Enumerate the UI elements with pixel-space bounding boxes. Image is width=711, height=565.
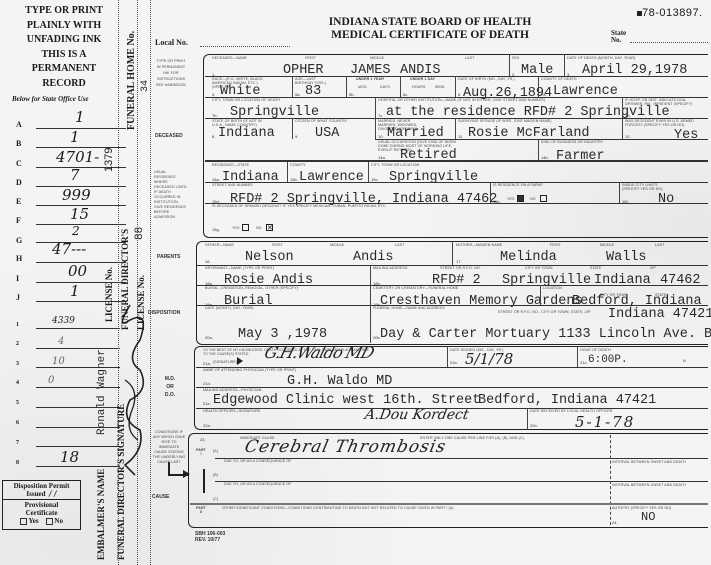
part-1-label: PART I	[195, 449, 207, 457]
informant-label: INFORMANT—NAME (Type or print)	[205, 267, 274, 271]
instruction-line: THIS IS A	[8, 48, 120, 63]
deceased-name-label: DECEASED—NAME	[212, 57, 247, 61]
interval-label-1: Interval between onset and death	[612, 461, 686, 465]
conditions-label: CONDITIONS IF ANY WHICH GAVE RISE TO IMM…	[152, 430, 186, 465]
field-value-h[interactable]: 47---	[52, 240, 86, 258]
street-label: STREET AND NUMBER	[212, 184, 253, 188]
disposition-permit-box: Disposition Permit Issued / / Provisiona…	[2, 480, 81, 530]
field-letter: I	[16, 274, 19, 283]
field-number: 7	[16, 440, 19, 446]
field-letter: B	[16, 139, 21, 148]
cause-b-label: (b)	[213, 474, 218, 478]
attending-physician-label: NAME OF ATTENDING PHYSICIAN (Type or Pri…	[203, 369, 296, 373]
spanish-no-label: NO	[256, 227, 262, 231]
cause-section-label: CAUSE	[152, 494, 170, 500]
armed-forces-value[interactable]: Yes	[674, 128, 698, 143]
zip-label: ZIP	[650, 267, 656, 271]
interval-label-2: Interval between onset and death	[612, 484, 686, 488]
sex-label: SEX	[512, 57, 520, 61]
field-num: 21c.	[580, 360, 588, 365]
field-value-g[interactable]: 2	[72, 224, 80, 238]
instruction-line: RECORD	[8, 77, 120, 92]
fd-license-number[interactable]: 88	[134, 227, 146, 240]
provisional-no-checkbox[interactable]	[46, 518, 53, 525]
field-number: 3	[16, 361, 19, 367]
mother-first-name[interactable]: Melinda	[500, 250, 557, 265]
father-last-name[interactable]: Andis	[353, 250, 394, 265]
disposition-date-value[interactable]: May 3 ,1978	[238, 327, 327, 342]
state-no-label: State No.	[611, 30, 631, 44]
last-label: LAST	[465, 57, 474, 61]
form-code: SBH 106-003 REV. 10/77	[195, 531, 225, 543]
state-of-birth-value[interactable]: Indiana	[218, 126, 275, 141]
mother-middle-label: MIDDLE	[600, 244, 614, 248]
field-value-e[interactable]: 999	[62, 186, 91, 204]
burial-label: BURIAL, CREMATION, REMOVAL, OTHER (Speci…	[205, 287, 298, 291]
field-num: 21e.	[203, 401, 211, 406]
mother-last-name[interactable]: Walls	[606, 250, 647, 265]
residence-county-label: COUNTY	[290, 164, 306, 168]
field-value-c[interactable]: 4701-	[56, 148, 99, 166]
arrow-right-icon	[237, 357, 243, 365]
funeral-home-value-line2[interactable]: Indiana 47421	[608, 307, 711, 322]
date-signed-value[interactable]: 5/1/78	[465, 350, 513, 368]
on-farm-label: IS RESIDENCE ON A FARM?	[493, 184, 543, 188]
due-to-label-2: DUE TO, OR AS A CONSEQUENCE OF	[224, 483, 292, 487]
embalmer-label: EMBALMER'S NAME	[96, 469, 106, 560]
hour-of-death-label: HOUR OF DEATH	[580, 349, 611, 353]
field-num: 22b.	[530, 423, 538, 428]
dob-label: DATE OF BIRTH (Mo., Day, Yr.)	[458, 78, 515, 82]
field-num: 17.	[456, 259, 462, 264]
state-label: STATE	[590, 267, 602, 271]
informant-address-label: MAILING ADDRESS	[373, 267, 407, 271]
meridiem-label: M	[683, 360, 686, 364]
autopsy-value[interactable]: NO	[641, 510, 655, 524]
field-value-a[interactable]: 1	[75, 108, 85, 126]
hosp-status-label: IF HOSP. OR INST. Indicate DOA, OP/Emer.…	[625, 99, 700, 107]
days-label: DAYS	[380, 86, 390, 90]
form-title: INDIANA STATE BOARD OF HEALTH MEDICAL CE…	[310, 16, 550, 42]
funeral-home-label: FUNERAL HOME No.	[126, 31, 137, 130]
field-letter: J	[16, 293, 20, 302]
city-limits-label: INSIDE CITY LIMITS (Specify Yes or No)	[622, 184, 672, 192]
field-num: 8.	[212, 134, 215, 139]
usual-residence-label: USUAL RESIDENCE WHERE DECEASED LIVED. IF…	[154, 170, 188, 220]
instruction-line: TYPE OR PRINT	[8, 4, 120, 19]
field-num: 16.	[205, 259, 211, 264]
spanish-label: IS DECEASED OF SPANISH DESCENT? IF YES S…	[212, 205, 452, 209]
field-number: 8	[16, 460, 19, 466]
field-value-b[interactable]: 1	[70, 128, 80, 146]
business-label: KIND OF BUSINESS OR INDUSTRY	[541, 141, 603, 145]
license-number[interactable]: 1379	[103, 148, 115, 172]
instructions-block: TYPE OR PRINT PLAINLY WITH UNFADING INK …	[8, 4, 120, 91]
under-1-day-label: UNDER 1 DAY	[410, 78, 435, 82]
health-officer-signature[interactable]: A.Dou Kordect	[364, 407, 470, 423]
provisional-yes-checkbox[interactable]	[20, 518, 27, 525]
under-1-year-label: UNDER 1 YEAR	[356, 78, 384, 82]
disposition-section-label: DISPOSITION	[148, 310, 180, 316]
field-number: 2	[16, 341, 19, 347]
deceased-section-label: DECEASED	[155, 133, 183, 139]
parents-section-label: PARENTS	[157, 254, 181, 260]
field-letter: E	[16, 197, 21, 206]
spanish-yes-checkbox[interactable]	[242, 224, 249, 231]
field-num: 9.	[295, 134, 298, 139]
field-letter: G	[16, 236, 22, 245]
field-num: 20a.	[205, 335, 213, 340]
citizen-value[interactable]: USA	[315, 126, 339, 141]
mother-label: MOTHER—MAIDEN NAME	[456, 244, 502, 248]
field-value-8[interactable]: 18	[60, 448, 79, 466]
field-value-d[interactable]: 7	[70, 166, 80, 184]
farm-no-checkbox[interactable]	[540, 195, 547, 202]
mos-label: MOS.	[358, 86, 368, 90]
father-middle-label: MIDDLE	[330, 244, 344, 248]
certificate-number: 78-013897.	[642, 7, 703, 19]
physician-address-city[interactable]: Bedford, Indiana 47421	[478, 393, 656, 408]
father-first-name[interactable]: Nelson	[245, 250, 294, 265]
instruction-line: UNFADING INK	[8, 33, 120, 48]
street-rfd-label: STREET OR R.F.D. NO.	[440, 267, 481, 271]
spouse-label: SURVIVING SPOUSE (If wife, give maiden n…	[458, 120, 552, 124]
field-value-4[interactable]: 0	[48, 375, 54, 386]
field-letter: F	[16, 216, 21, 225]
residence-state-label: RESIDENCE—STATE	[212, 164, 249, 168]
field-value-1[interactable]: 4339	[52, 316, 75, 326]
funeral-director-signature[interactable]	[110, 300, 155, 480]
field-num: 22a.	[203, 423, 211, 428]
title-line-1: INDIANA STATE BOARD OF HEALTH	[310, 16, 550, 29]
father-first-label: FIRST	[272, 244, 283, 248]
field-num: 23.	[200, 437, 206, 442]
field-letter: H	[16, 254, 22, 263]
field-value-3[interactable]: 10	[52, 356, 65, 367]
health-officer-label: HEALTH OFFICER—Signature	[203, 410, 260, 414]
cause-a-label: (a)	[213, 450, 218, 454]
funeral-home-number[interactable]: 34	[140, 80, 151, 92]
embalmer-name[interactable]: Ronald Wagner	[96, 349, 108, 435]
field-number: 4	[16, 380, 19, 386]
mother-first-label: FIRST	[550, 244, 561, 248]
father-label: FATHER—NAME	[205, 244, 234, 248]
city-or-town-label: CITY OR TOWN	[525, 267, 553, 271]
hour-of-death-value[interactable]: 6:00P.	[588, 354, 628, 366]
field-num: 21a.	[203, 361, 211, 366]
funeral-home-value[interactable]: Day & Carter Mortuary 1133 Lincoln Ave. …	[380, 327, 711, 342]
armed-forces-label: WAS DECEDENT EVER IN U.S. ARMED FORCES? …	[625, 120, 700, 128]
farm-yes-checkbox[interactable]	[517, 195, 524, 202]
other-conditions-label: OTHER SIGNIFICANT CONDITIONS—Conditions …	[222, 507, 592, 511]
field-number: 1	[16, 322, 19, 328]
instruction-line: PLAINLY WITH	[8, 19, 120, 34]
city-limits-value[interactable]: No	[658, 192, 674, 207]
spanish-yes-label: YES	[232, 227, 240, 231]
first-label: FIRST	[305, 57, 316, 61]
funeral-home-name-label: FUNERAL HOME—NAME AND ADDRESS	[373, 307, 445, 311]
spanish-no-checkbox[interactable]: ✕	[266, 224, 273, 231]
field-num: 24.	[612, 520, 618, 525]
field-number: 5	[16, 400, 19, 406]
field-value-j[interactable]: 1	[70, 282, 80, 300]
cause-a-value[interactable]: Cerebral Thrombosis	[243, 437, 448, 457]
hospital-label: HOSPITAL OR OTHER INSTITUTION—Name (If n…	[378, 99, 578, 103]
field-value-f[interactable]: 15	[70, 205, 89, 223]
field-letter: C	[16, 159, 22, 168]
field-letter: D	[16, 178, 22, 187]
field-num: 21b.	[450, 360, 458, 365]
disposition-permit-title: Disposition Permit	[3, 482, 80, 490]
hours-label: HOURS	[412, 86, 425, 90]
physician-signature[interactable]: G.H.Waldo MD	[262, 343, 375, 362]
title-line-2: MEDICAL CERTIFICATE OF DEATH	[310, 29, 550, 42]
part-2-label: PART II	[195, 507, 207, 515]
field-value-i[interactable]: 00	[68, 262, 87, 280]
citizen-label: CITIZEN OF WHAT COUNTRY	[295, 120, 347, 124]
local-no-label: Local No.	[155, 38, 188, 47]
mother-last-label: LAST	[655, 244, 664, 248]
provisional-certificate-label: Provisional Certificate	[3, 500, 80, 517]
physician-address-value[interactable]: Edgewood Clinic west 16th. Street	[213, 393, 480, 408]
field-num: 15g.	[212, 227, 220, 232]
mins-label: MINS.	[435, 86, 445, 90]
location-label: LOCATION	[543, 287, 562, 291]
father-last-label: LAST	[395, 244, 404, 248]
disposition-date-label: DATE (MONTH, DAY, YEAR)	[205, 307, 254, 311]
residence-city-label: CITY, TOWN OR LOCATION	[371, 164, 419, 168]
field-num: 21d.	[203, 381, 211, 386]
funeral-home-address-label: STREET OR R.F.D. NO., CITY OR TOWN, STAT…	[498, 311, 590, 315]
farm-no-label: NO	[530, 198, 536, 202]
cemetery-label: CEMETERY OR CREMATORY—FUNERAL HOME	[373, 287, 458, 291]
yes-label: Yes	[29, 517, 39, 525]
field-value-2[interactable]: 4	[58, 336, 64, 347]
date-received-value[interactable]: 5-1-78	[575, 413, 635, 431]
field-letter: A	[16, 120, 22, 129]
state-office-label: Below for State Office Use	[12, 95, 88, 103]
due-to-label-1: DUE TO, OR AS A CONSEQUENCE OF	[224, 460, 292, 464]
issued-value[interactable]: / /	[49, 489, 57, 498]
form-revision: REV. 10/77	[195, 537, 225, 543]
farm-yes-label: YES	[507, 198, 515, 202]
county-of-death-label: COUNTY OF DEATH	[541, 78, 577, 82]
no-label: No	[54, 517, 63, 525]
type-instructions-label: TYPE OR PRINT IN PERMANENT INK FOR INSTR…	[155, 58, 187, 88]
md-do-label: M.D. OR D.O.	[163, 375, 177, 399]
field-number: 6	[16, 420, 19, 426]
issued-label: Issued	[26, 490, 45, 498]
signature-label: (Signature)	[213, 361, 237, 365]
instruction-line: PERMANENT	[8, 62, 120, 77]
city-of-death-label: CITY, TOWN OR LOCATION OF DEATH	[212, 99, 280, 103]
cause-c-label: (c)	[213, 498, 218, 502]
date-of-death-label: DATE OF DEATH (MONTH, DAY, YEAR)	[567, 57, 635, 61]
middle-label: MIDDLE	[370, 57, 384, 61]
